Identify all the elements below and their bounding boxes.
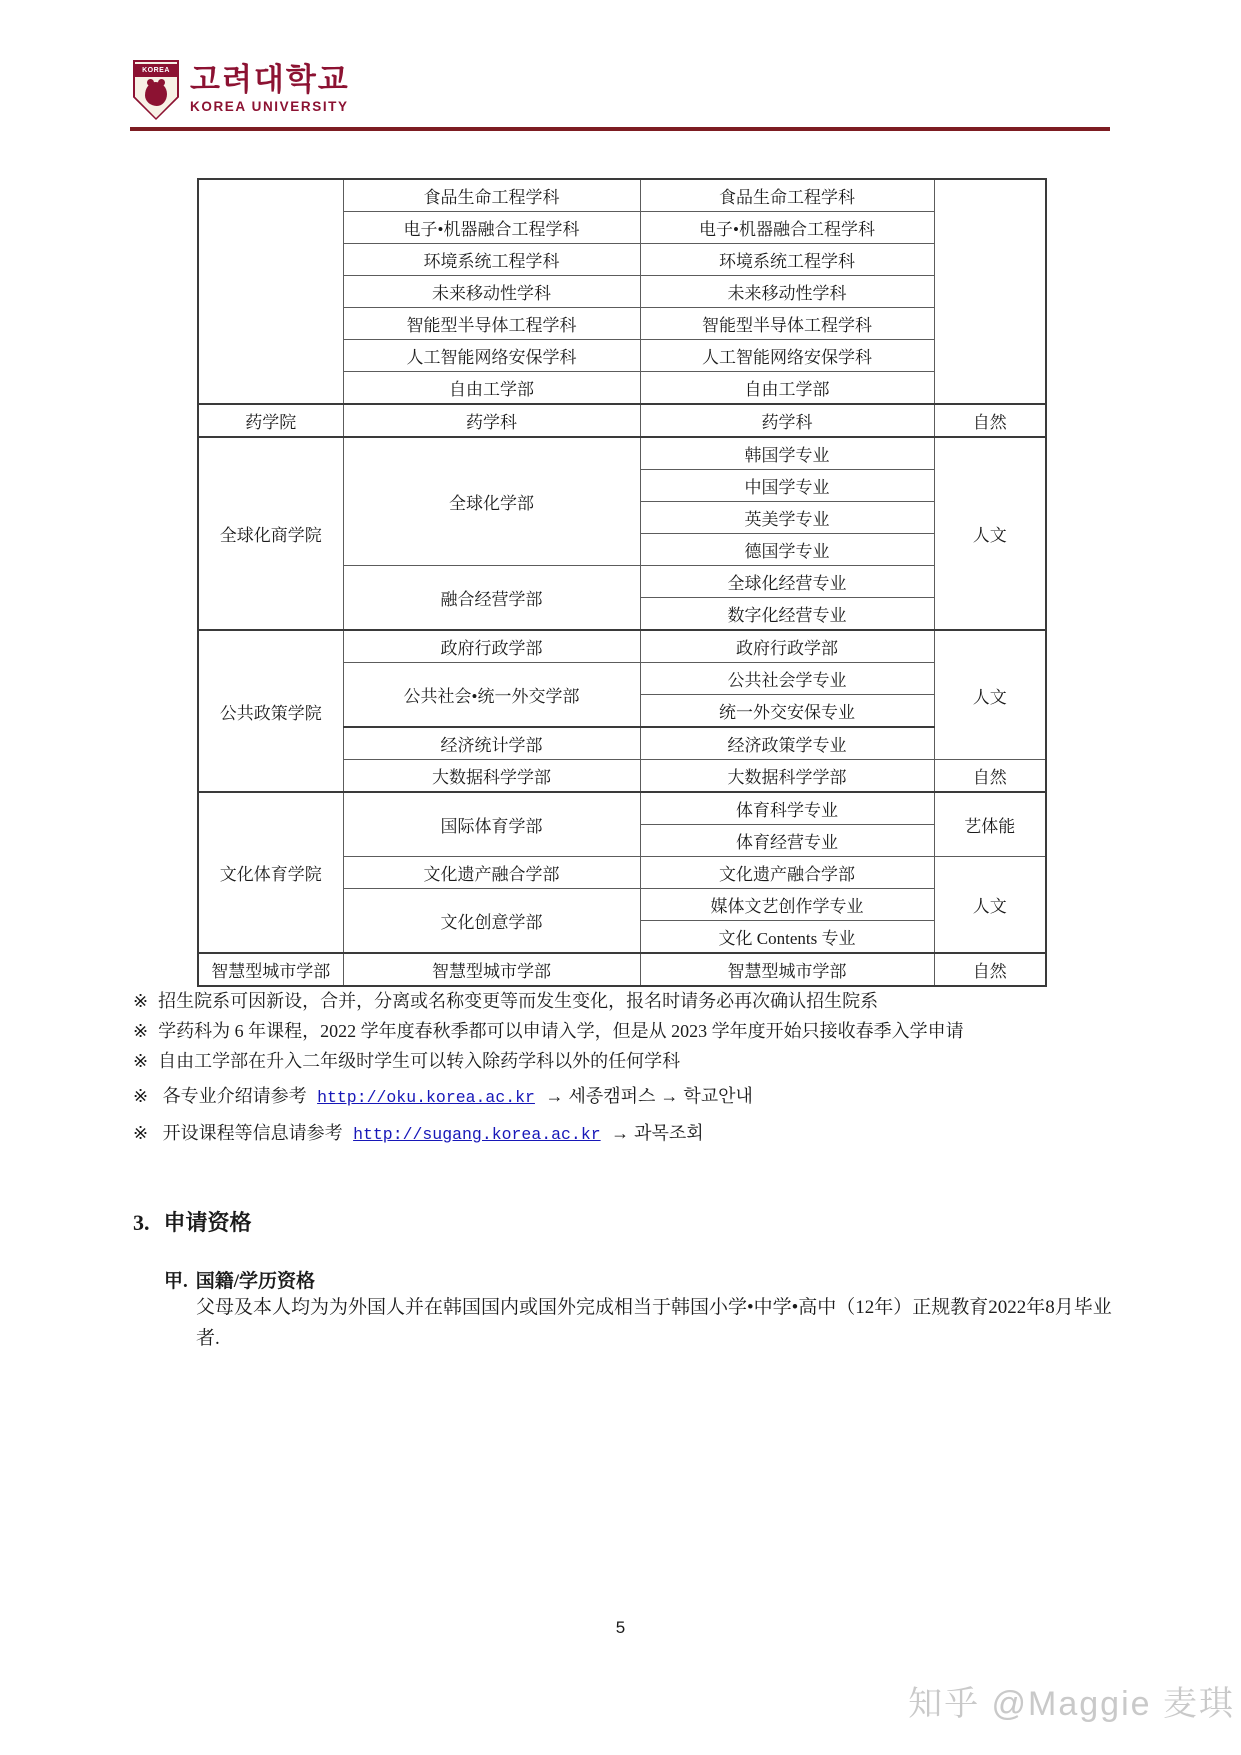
table-cell: 智能型半导体工程学科 (343, 308, 640, 340)
table-cell: 电子•机器融合工程学科 (343, 212, 640, 244)
university-logo: KOREA 고려대학교 KOREA UNIVERSITY (133, 60, 350, 120)
table-cell: 人文 (934, 630, 1046, 760)
table-cell: 中国学专业 (640, 470, 934, 502)
note-text: 各专业介绍请参考 (163, 1086, 307, 1106)
table-cell: 未来移动性学科 (343, 276, 640, 308)
note-marker: ※ (133, 991, 148, 1011)
table-cell: 全球化商学院 (198, 437, 343, 630)
table-cell (934, 179, 1046, 404)
table-cell: 人文 (934, 857, 1046, 954)
note-korean-path: → 세종캠퍼스 → 학교안내 (545, 1086, 753, 1106)
table-cell: 文化遗产融合学部 (640, 857, 934, 889)
table-cell: 智慧型城市学部 (198, 953, 343, 986)
table-cell: 公共政策学院 (198, 630, 343, 792)
plain-notes: ※招生院系可因新设，合并，分离或名称变更等而发生变化，报名时请务必再次确认招生院… (133, 990, 1113, 1072)
table-row: 全球化商学院全球化学部韩国学专业人文 (198, 437, 1046, 470)
table-cell: 文化创意学部 (343, 889, 640, 954)
note-marker: ※ (133, 1123, 148, 1143)
table-cell: 体育科学专业 (640, 792, 934, 825)
subsection-title: 国籍/学历资格 (196, 1271, 315, 1292)
table-cell: 数字化经营专业 (640, 598, 934, 631)
section-number: 3. (133, 1210, 150, 1235)
table-cell: 自由工学部 (640, 372, 934, 405)
table-cell: 政府行政学部 (343, 630, 640, 663)
table-cell: 政府行政学部 (640, 630, 934, 663)
university-name-english: KOREA UNIVERSITY (190, 99, 350, 114)
table-row: 智慧型城市学部智慧型城市学部智慧型城市学部自然 (198, 953, 1046, 986)
note-marker: ※ (133, 1086, 148, 1106)
admissions-table-wrap: 食品生命工程学科食品生命工程学科电子•机器融合工程学科电子•机器融合工程学科环境… (197, 178, 1047, 987)
table-cell: 自由工学部 (343, 372, 640, 405)
table-cell (198, 179, 343, 404)
page-number: 5 (0, 1618, 1241, 1638)
university-name-korean: 고려대학교 (190, 64, 350, 96)
tiger-emblem-icon (145, 82, 167, 106)
table-cell: 媒体文艺创作学专业 (640, 889, 934, 921)
table-cell: 环境系统工程学科 (343, 244, 640, 276)
section-heading: 3.申请资格 (133, 1206, 252, 1237)
table-cell: 全球化经营专业 (640, 566, 934, 598)
table-cell: 公共社会学专业 (640, 663, 934, 695)
note-item: ※自由工学部在升入二年级时学生可以转入除药学科以外的任何学科 (133, 1050, 1113, 1072)
table-cell: 英美学专业 (640, 502, 934, 534)
table-row: 公共政策学院政府行政学部政府行政学部人文 (198, 630, 1046, 663)
table-cell: 融合经营学部 (343, 566, 640, 631)
note-item-oku: ※ 各专业介绍请参考 http://oku.korea.ac.kr → 세종캠퍼… (133, 1085, 1113, 1109)
note-item-sugang: ※ 开设课程等信息请参考 http://sugang.korea.ac.kr →… (133, 1122, 1113, 1146)
table-cell: 药学院 (198, 404, 343, 437)
note-marker: ※ (133, 1051, 148, 1071)
note-item: ※招生院系可因新设，合并，分离或名称变更等而发生变化，报名时请务必再次确认招生院… (133, 990, 1113, 1012)
header-divider (130, 127, 1110, 131)
shield-logo-icon: KOREA (133, 60, 179, 120)
table-cell: 德国学专业 (640, 534, 934, 566)
table-cell: 电子•机器融合工程学科 (640, 212, 934, 244)
admissions-table: 食品生命工程学科食品生命工程学科电子•机器融合工程学科电子•机器融合工程学科环境… (197, 178, 1047, 987)
document-page: KOREA 고려대학교 KOREA UNIVERSITY 食品生命工程学科食品生… (0, 0, 1241, 1755)
note-text: 自由工学部在升入二年级时学生可以转入除药学科以外的任何学科 (158, 1051, 680, 1071)
table-cell: 自然 (934, 760, 1046, 793)
watermark-text: 知乎 @Maggie 麦琪 (908, 1676, 1235, 1725)
table-cell: 公共社会•统一外交学部 (343, 663, 640, 728)
shield-band-label: KOREA (135, 64, 177, 77)
table-cell: 人工智能网络安保学科 (343, 340, 640, 372)
subsection-heading: 甲.国籍/学历资格 (164, 1266, 315, 1293)
table-cell: 统一外交安保专业 (640, 695, 934, 728)
note-marker: ※ (133, 1021, 148, 1041)
table-row: 食品生命工程学科食品生命工程学科 (198, 179, 1046, 212)
admissions-table-body: 食品生命工程学科食品生命工程学科电子•机器融合工程学科电子•机器融合工程学科环境… (198, 179, 1046, 986)
table-cell: 智能型半导体工程学科 (640, 308, 934, 340)
table-cell: 人工智能网络安保学科 (640, 340, 934, 372)
table-cell: 药学科 (640, 404, 934, 437)
note-text: 招生院系可因新设，合并，分离或名称变更等而发生变化，报名时请务必再次确认招生院系 (158, 991, 878, 1011)
note-item: ※学药科为 6 年课程，2022 学年度春秋季都可以申请入学，但是从 2023 … (133, 1020, 1113, 1042)
table-cell: 国际体育学部 (343, 792, 640, 857)
note-text: 学药科为 6 年课程，2022 学年度春秋季都可以申请入学，但是从 2023 学… (158, 1021, 964, 1041)
table-cell: 文化体育学院 (198, 792, 343, 953)
table-cell: 智慧型城市学部 (640, 953, 934, 986)
oku-link[interactable]: http://oku.korea.ac.kr (317, 1088, 535, 1107)
sugang-link[interactable]: http://sugang.korea.ac.kr (353, 1125, 601, 1144)
table-cell: 自然 (934, 404, 1046, 437)
table-cell: 文化 Contents 专业 (640, 921, 934, 954)
eligibility-body-text: 父母及本人均为为外国人并在韩国国内或国外完成相当于韩国小学•中学•高中（12年）… (196, 1292, 1130, 1354)
note-text: 开设课程等信息请参考 (163, 1123, 343, 1143)
table-cell: 环境系统工程学科 (640, 244, 934, 276)
table-cell: 经济政策学专业 (640, 727, 934, 760)
section-title: 申请资格 (164, 1210, 252, 1235)
table-cell: 食品生命工程学科 (640, 179, 934, 212)
table-cell: 经济统计学部 (343, 727, 640, 760)
table-cell: 艺体能 (934, 792, 1046, 857)
table-cell: 文化遗产融合学部 (343, 857, 640, 889)
table-cell: 未来移动性学科 (640, 276, 934, 308)
table-cell: 食品生命工程学科 (343, 179, 640, 212)
table-cell: 韩国学专业 (640, 437, 934, 470)
notes-list: ※招生院系可因新设，合并，分离或名称变更等而发生变化，报名时请务必再次确认招生院… (133, 990, 1113, 1154)
table-cell: 自然 (934, 953, 1046, 986)
table-cell: 人文 (934, 437, 1046, 630)
table-row: 文化体育学院国际体育学部体育科学专业艺体能 (198, 792, 1046, 825)
university-names: 고려대학교 KOREA UNIVERSITY (190, 60, 350, 114)
table-cell: 全球化学部 (343, 437, 640, 566)
table-cell: 智慧型城市学部 (343, 953, 640, 986)
table-cell: 药学科 (343, 404, 640, 437)
table-row: 药学院药学科药学科自然 (198, 404, 1046, 437)
table-cell: 体育经营专业 (640, 825, 934, 857)
note-korean-path: → 과목조회 (611, 1123, 704, 1143)
table-cell: 大数据科学学部 (343, 760, 640, 793)
table-cell: 大数据科学学部 (640, 760, 934, 793)
subsection-number: 甲. (164, 1271, 188, 1292)
